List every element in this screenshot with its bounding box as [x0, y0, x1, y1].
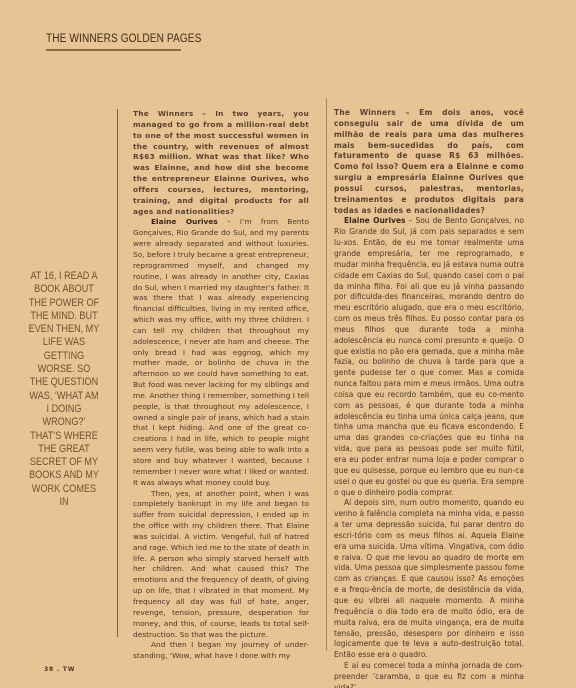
speaker-name: Elaine Ourives	[151, 217, 218, 226]
speaker-name: Elaine Ourives	[344, 216, 406, 225]
interview-question: The Winners – Em dois anos, você consegu…	[334, 108, 524, 216]
answer-paragraph: E aí eu comecei toda a minha jornada de …	[334, 661, 524, 688]
answer-paragraph: Then, yes, at another point, when I was …	[133, 489, 309, 641]
pull-quote: AT 16, I READ A BOOK ABOUT THE POWER OF …	[28, 270, 100, 509]
portuguese-column: The Winners – Em dois anos, você consegu…	[334, 108, 524, 688]
interview-answer: Elaine Ourives – I’m from Bento Gonçalve…	[133, 217, 309, 488]
answer-text: – Sou de Bento Gonçalves, no Rio Grande …	[334, 216, 524, 496]
column-divider-left	[117, 109, 118, 637]
page-number: 38 . TW	[44, 666, 75, 673]
answer-paragraph: And then I began my journey of under-sta…	[133, 640, 309, 662]
column-divider-middle	[326, 98, 327, 651]
english-column: The Winners – In two years, you managed …	[133, 109, 309, 662]
section-title-underline	[46, 49, 181, 51]
interview-question: The Winners – In two years, you managed …	[133, 109, 309, 217]
section-title: THE WINNERS GOLDEN PAGES	[46, 33, 201, 45]
answer-paragraph: Aí depois sim, num outro momento, quando…	[334, 498, 524, 661]
interview-answer: Elaine Ourives – Sou de Bento Gonçalves,…	[334, 216, 524, 498]
answer-text: – I’m from Bento Gonçalves, Rio Grande d…	[133, 217, 309, 486]
